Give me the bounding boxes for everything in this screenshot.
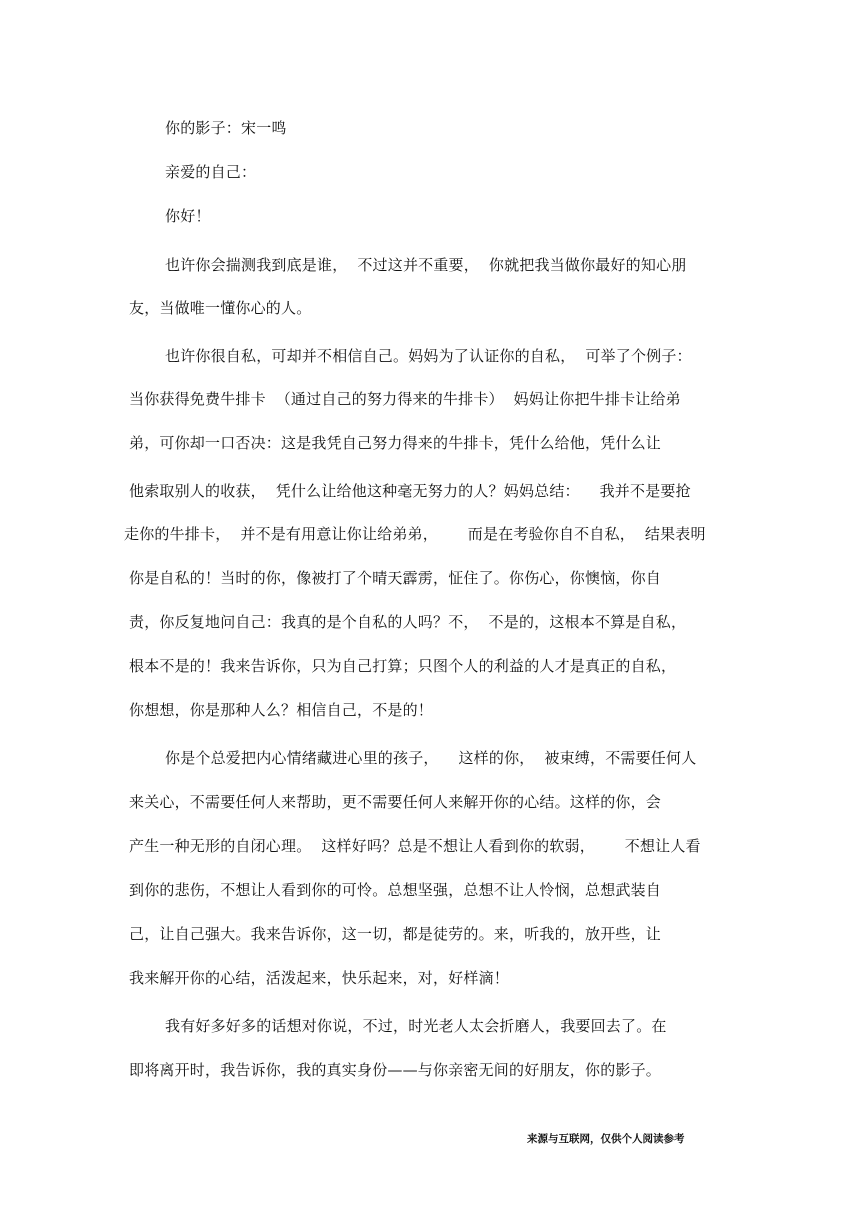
text-line: 你的影子：宋一鸣: [165, 118, 287, 138]
text-line: 到你的悲伤，不想让人看到你的可怜。总想坚强，总想不让人怜悯，总想武装自: [129, 880, 661, 900]
source-footnote: 来源与互联网，仅供个人阅读参考: [527, 1132, 685, 1146]
text-line: 弟，可你却一口否决：这是我凭自己努力得来的牛排卡，凭什么给他，凭什么让: [129, 433, 661, 453]
text-line: 你想想，你是那种人么？相信自己，不是的！: [129, 700, 433, 720]
text-line: 他索取别人的收获， 凭什么让给他这种毫无努力的人？妈妈总结： 我并不是要抢: [129, 481, 691, 501]
text-line: 根本不是的！我来告诉你，只为自己打算；只图个人的利益的人才是真正的自私，: [129, 656, 676, 676]
text-line: 来关心，不需要任何人来帮助，更不需要任何人来解开你的心结。这样的你，会: [129, 792, 661, 812]
text-line: 你好！: [165, 206, 211, 226]
text-line: 走你的牛排卡， 并不是有用意让你让给弟弟， 而是在考验你自不自私， 结果表明: [124, 524, 706, 544]
text-line: 亲爱的自己：: [165, 162, 256, 182]
text-line: 己，让自己强大。我来告诉你，这一切，都是徒劳的。来，听我的，放开些，让: [129, 924, 661, 944]
text-line: 也许你很自私，可却并不相信自己。妈妈为了认证你的自私， 可举了个例子：: [165, 346, 692, 366]
text-line: 我有好多好多的话想对你说，不过，时光老人太会折磨人，我要回去了。在: [165, 1016, 667, 1036]
text-line: 即将离开时，我告诉你，我的真实身份——与你亲密无间的好朋友，你的影子。: [129, 1060, 661, 1080]
text-line: 产生一种无形的自闭心理。 这样好吗？总是不想让人看到你的软弱， 不想让人看: [129, 836, 701, 856]
document-page: 你的影子：宋一鸣亲爱的自己：你好！也许你会揣测我到底是谁， 不过这并不重要， 你…: [0, 0, 860, 1218]
text-line: 当你获得免费牛排卡 （通过自己的努力得来的牛排卡） 妈妈让你把牛排卡让给弟: [129, 389, 681, 409]
text-line: 也许你会揣测我到底是谁， 不过这并不重要， 你就把我当做你最好的知心朋: [165, 255, 686, 275]
text-line: 我来解开你的心结，活泼起来，快乐起来，对，好样滴！: [129, 968, 509, 988]
text-line: 责，你反复地问自己：我真的是个自私的人吗？不， 不是的，这根本不算是自私，: [129, 612, 686, 632]
text-line: 友，当做唯一懂你心的人。: [129, 298, 311, 318]
text-line: 你是自私的！当时的你，像被打了个晴天霹雳，怔住了。你伤心，你懊恼，你自: [129, 568, 661, 588]
text-line: 你是个总爱把内心情绪藏进心里的孩子， 这样的你， 被束缚，不需要任何人: [165, 748, 696, 768]
